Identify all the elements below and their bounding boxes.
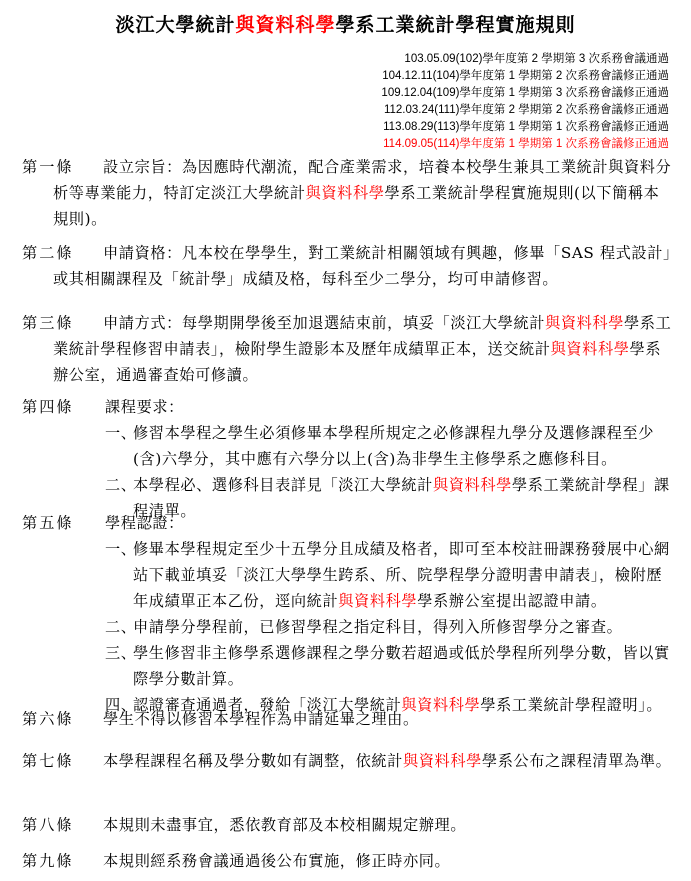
article-6: 第六條 學生不得以修習本學程作為申請延畢之理由。	[22, 706, 672, 732]
article-heading: 學程認證：	[22, 510, 672, 536]
article-text: 學生不得以修習本學程作為申請延畢之理由。	[22, 706, 672, 732]
article-text: 申請方式：每學期開學後至加退選結束前，填妥「淡江大學統計與資料科學學系工業統計學…	[22, 310, 672, 388]
article-text: 本規則經系務會議通過後公布實施，修正時亦同。	[22, 848, 672, 874]
article-label: 第四條	[22, 394, 74, 420]
document-title: 淡江大學統計與資料科學學系工業統計學程實施規則	[0, 10, 691, 37]
article-label: 第九條	[22, 848, 74, 874]
article-label: 第二條	[22, 240, 74, 266]
title-suffix: 學系工業統計學程實施規則	[336, 14, 576, 36]
revision-entry: 103.05.09(102)學年度第 2 學期第 3 次系務會議通過	[381, 51, 669, 68]
article-label: 第一條	[22, 154, 74, 180]
article-3: 第三條 申請方式：每學期開學後至加退選結束前，填妥「淡江大學統計與資料科學學系工…	[22, 310, 672, 388]
revision-entry: 113.08.29(113)學年度第 1 學期第 1 次系務會議修正通過	[381, 119, 669, 136]
revision-entry-latest: 114.09.05(114)學年度第 1 學期第 1 次系務會議修正通過	[381, 136, 669, 153]
article-text: 本學程課程名稱及學分數如有調整，依統計與資料科學學系公布之課程清單為準。	[22, 748, 672, 774]
article-8: 第八條 本規則未盡事宜，悉依教育部及本校相關規定辦理。	[22, 812, 672, 838]
revision-entry: 112.03.24(111)學年度第 2 學期第 2 次系務會議修正通過	[381, 102, 669, 119]
article-7: 第七條 本學程課程名稱及學分數如有調整，依統計與資料科學學系公布之課程清單為準。	[22, 748, 672, 774]
revision-entry: 104.12.11(104)學年度第 1 學期第 2 次系務會議修正通過	[381, 68, 669, 85]
article-9: 第九條 本規則經系務會議通過後公布實施，修正時亦同。	[22, 848, 672, 874]
article-label: 第三條	[22, 310, 74, 336]
article-label: 第五條	[22, 510, 74, 536]
title-highlight: 與資料科學	[235, 14, 335, 36]
title-prefix: 淡江大學統計	[115, 14, 235, 36]
sublist-item: 一、修習本學程之學生必須修畢本學程所規定之必修課程九學分及選修課程至少(含)六學…	[22, 420, 672, 472]
article-5: 第五條 學程認證： 一、修畢本學程規定至少十五學分且成績及格者，即可至本校註冊課…	[22, 510, 672, 718]
revision-entry: 109.12.04(109)學年度第 1 學期第 3 次系務會議修正通過	[381, 85, 669, 102]
article-text: 設立宗旨：為因應時代潮流，配合產業需求，培養本校學生兼具工業統計與資料分析等專業…	[22, 154, 672, 232]
sublist-item: 三、學生修習非主修學系選修課程之學分數若超過或低於學程所列學分數，皆以實際學分數…	[22, 640, 672, 692]
sublist-item: 一、修畢本學程規定至少十五學分且成績及格者，即可至本校註冊課務發展中心網站下載並…	[22, 536, 672, 614]
article-label: 第六條	[22, 706, 74, 732]
article-1: 第一條 設立宗旨：為因應時代潮流，配合產業需求，培養本校學生兼具工業統計與資料分…	[22, 154, 672, 232]
article-4: 第四條 課程要求： 一、修習本學程之學生必須修畢本學程所規定之必修課程九學分及選…	[22, 394, 672, 524]
article-2: 第二條 申請資格：凡本校在學學生，對工業統計相關領域有興趣，修畢「SAS 程式設…	[22, 240, 672, 292]
article-text: 申請資格：凡本校在學學生，對工業統計相關領域有興趣，修畢「SAS 程式設計」或其…	[22, 240, 672, 292]
article-sublist: 一、修畢本學程規定至少十五學分且成績及格者，即可至本校註冊課務發展中心網站下載並…	[22, 536, 672, 718]
article-label: 第八條	[22, 812, 74, 838]
article-heading: 課程要求：	[22, 394, 672, 420]
article-label: 第七條	[22, 748, 74, 774]
sublist-item: 二、申請學分學程前，已修習學程之指定科目，得列入所修習學分之審查。	[22, 614, 672, 640]
revision-history: 103.05.09(102)學年度第 2 學期第 3 次系務會議通過 104.1…	[381, 51, 669, 153]
article-text: 本規則未盡事宜，悉依教育部及本校相關規定辦理。	[22, 812, 672, 838]
article-sublist: 一、修習本學程之學生必須修畢本學程所規定之必修課程九學分及選修課程至少(含)六學…	[22, 420, 672, 524]
